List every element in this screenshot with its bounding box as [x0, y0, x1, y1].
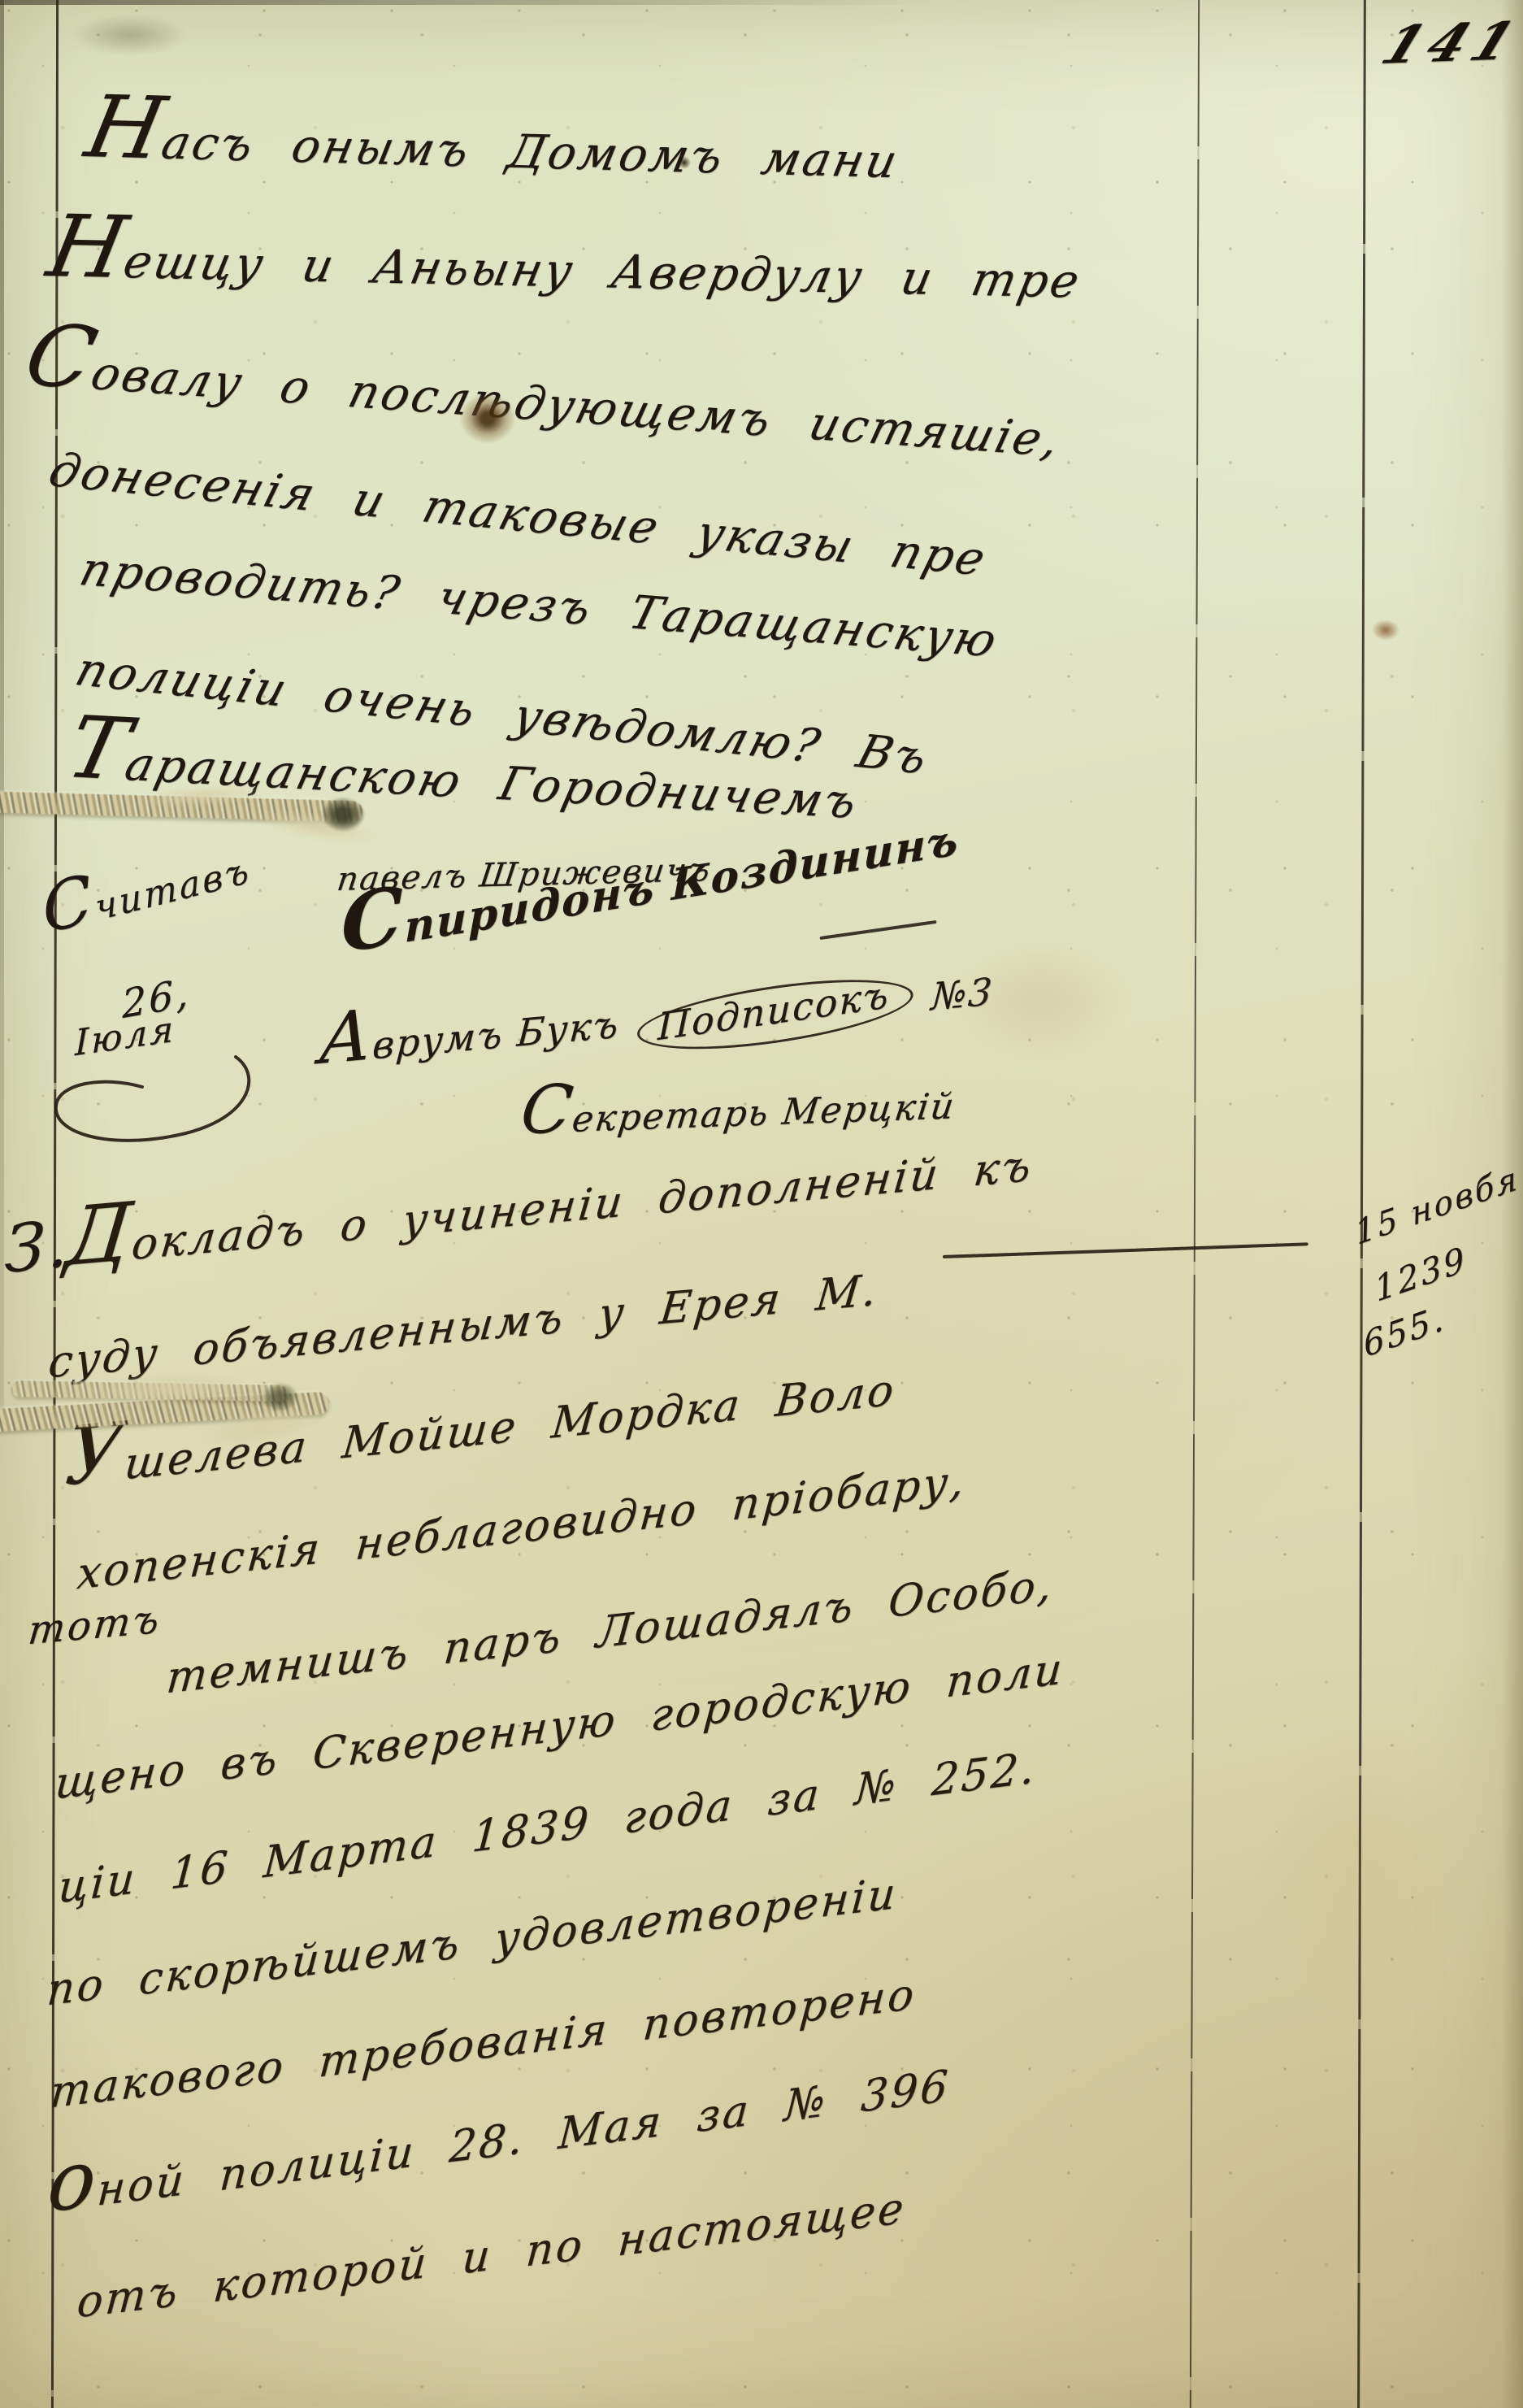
signature-underline-stroke [819, 920, 936, 940]
page-right-edge-shadow [1502, 0, 1523, 2408]
page-left-edge-shadow [0, 0, 4, 1423]
right-inner-margin-rule-line [1190, 0, 1200, 2408]
rust-spot [1372, 619, 1399, 641]
signature-3-circled-word: Подписокъ [636, 967, 913, 1063]
entry2-handwritten-line-1: Докладъ о учиненіи дополненій къ [63, 1144, 1035, 1272]
entry2-item-number: З. [4, 1211, 72, 1283]
entry2-margin-note-date: 15 новбя [1353, 1162, 1521, 1250]
entry2-margin-note-number: 1239 [1373, 1241, 1469, 1307]
entry1-margin-date-month: Іюля [75, 1011, 176, 1062]
paper-discoloration [1219, 1667, 1512, 2073]
manuscript-page: 141 Насъ онымъ Домомъ мани Нешцу и Аньын… [0, 0, 1523, 2408]
twine-knot [254, 1376, 305, 1418]
signature-line-3: Аврумъ Букъ Подписокъ №3 [317, 967, 996, 1083]
entry1-margin-date-word: Считавъ [42, 853, 253, 941]
corner-smudge [49, 7, 211, 63]
page-top-edge-shadow [0, 0, 935, 5]
signature-line-4: Секретарь Мерцкій [518, 1089, 957, 1140]
entry2-handwritten-line-11: отъ которой и по настоящее [76, 2186, 908, 2324]
entry2-margin-catchword: тотъ [26, 1599, 163, 1650]
entry1-handwritten-line-2: Нешцу и Аньыну Авердулу и тре [42, 237, 1085, 305]
right-outer-margin-rule-line [1357, 0, 1365, 2408]
entry1-handwritten-line-1: Насъ онымъ Домомъ мани [80, 118, 903, 185]
entry2-margin-note-case: 655. [1361, 1301, 1447, 1363]
entry2-fill-dash [943, 1242, 1308, 1258]
signature-3-name: Аврумъ Букъ [317, 1002, 621, 1072]
signature-3-number: №3 [930, 969, 995, 1019]
page-number: 141 [1373, 11, 1523, 76]
entry2-handwritten-line-3: Ушелева Мойше Мордка Воло [63, 1368, 897, 1492]
entry1-handwritten-line-3: Совалу о послѣдующемъ истяшіе, [19, 346, 1066, 463]
entry2-handwritten-line-2: суду объявленнымъ у Ерея М. [46, 1268, 881, 1384]
